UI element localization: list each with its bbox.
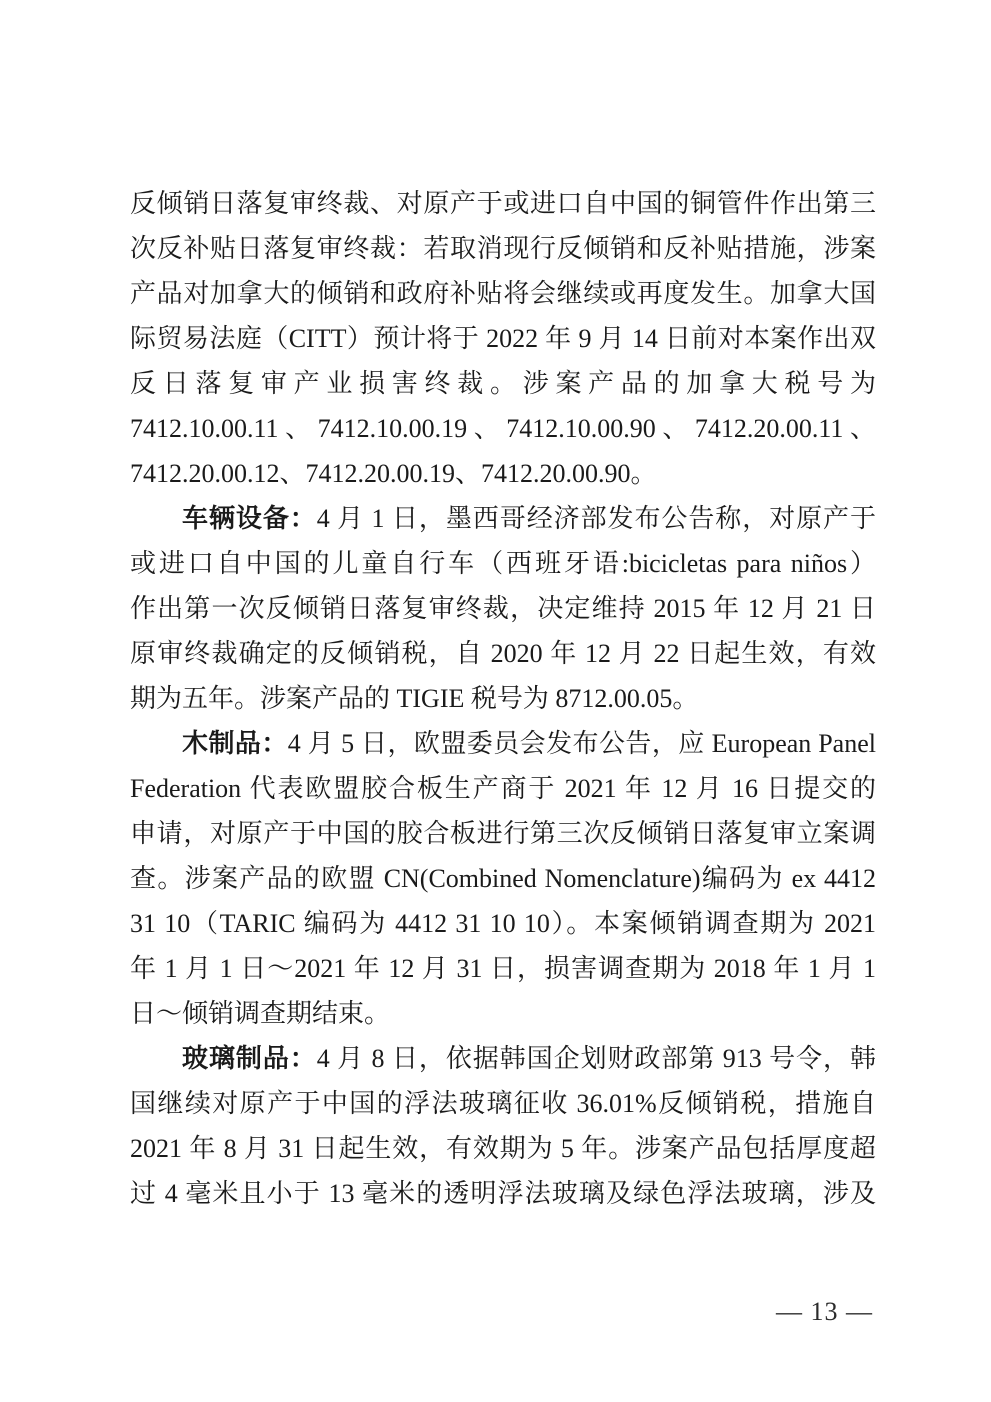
text-line: 际贸易法庭（CITT）预计将于 2022 年 9 月 14 日前对本案作出双	[130, 316, 876, 361]
text-block: 反倾销日落复审终裁、对原产于或进口自中国的铜管件作出第三次反补贴日落复审终裁：若…	[130, 181, 876, 1216]
text-run: 31 10（TARIC 编码为 4412 31 10 10）。本案倾销调查期为 …	[130, 909, 876, 938]
paragraph-label: 玻璃制品：	[182, 1043, 317, 1073]
text-line: 或进口自中国的儿童自行车（西班牙语:bicicletas para niños）	[130, 541, 876, 586]
paragraph-label: 木制品：	[182, 728, 288, 758]
text-run: 作出第一次反倾销日落复审终裁，决定维持 2015 年 12 月 21 日	[130, 594, 876, 623]
text-line: 车辆设备：4 月 1 日，墨西哥经济部发布公告称，对原产于	[130, 496, 876, 541]
text-run: 7412.20.00.12、7412.20.00.19、7412.20.00.9…	[130, 459, 657, 488]
text-run: 产品对加拿大的倾销和政府补贴将会继续或再度发生。加拿大国	[130, 279, 876, 308]
text-run: 4 月 8 日，依据韩国企划财政部第 913 号令，韩	[317, 1044, 876, 1073]
text-run: 7412.10.00.11、7412.10.00.19、7412.10.00.9…	[130, 414, 876, 443]
text-line: 日～倾销调查期结束。	[130, 991, 876, 1036]
text-line: 原审终裁确定的反倾销税，自 2020 年 12 月 22 日起生效，有效	[130, 631, 876, 676]
text-run: 期为五年。涉案产品的 TIGIE 税号为 8712.00.05。	[130, 684, 698, 713]
text-run: 查。涉案产品的欧盟 CN(Combined Nomenclature)编码为 e…	[130, 864, 876, 893]
text-line: 7412.10.00.11、7412.10.00.19、7412.10.00.9…	[130, 406, 876, 451]
text-run: 申请，对原产于中国的胶合板进行第三次反倾销日落复审立案调	[130, 819, 876, 848]
text-line: 作出第一次反倾销日落复审终裁，决定维持 2015 年 12 月 21 日	[130, 586, 876, 631]
text-line: 木制品：4 月 5 日，欧盟委员会发布公告，应 European Panel	[130, 721, 876, 766]
text-line: Federation 代表欧盟胶合板生产商于 2021 年 12 月 16 日提…	[130, 766, 876, 811]
document-page: 反倾销日落复审终裁、对原产于或进口自中国的铜管件作出第三次反补贴日落复审终裁：若…	[0, 0, 991, 1402]
text-line: 次反补贴日落复审终裁：若取消现行反倾销和反补贴措施，涉案	[130, 226, 876, 271]
text-line: 反日落复审产业损害终裁。涉案产品的加拿大税号为	[130, 361, 876, 406]
text-line: 申请，对原产于中国的胶合板进行第三次反倾销日落复审立案调	[130, 811, 876, 856]
text-run: 日～倾销调查期结束。	[130, 999, 390, 1028]
text-line: 查。涉案产品的欧盟 CN(Combined Nomenclature)编码为 e…	[130, 856, 876, 901]
text-run: 国继续对原产于中国的浮法玻璃征收 36.01%反倾销税，措施自	[130, 1089, 876, 1118]
text-run: 反日落复审产业损害终裁。涉案产品的加拿大税号为	[130, 369, 876, 398]
page-number: — 13 —	[776, 1294, 873, 1330]
text-run: 次反补贴日落复审终裁：若取消现行反倾销和反补贴措施，涉案	[130, 234, 876, 263]
text-run: 反倾销日落复审终裁、对原产于或进口自中国的铜管件作出第三	[130, 189, 876, 218]
paragraph-label: 车辆设备：	[182, 503, 317, 533]
text-run: 4 月 5 日，欧盟委员会发布公告，应 European Panel	[288, 729, 876, 758]
text-run: 过 4 毫米且小于 13 毫米的透明浮法玻璃及绿色浮法玻璃，涉及	[130, 1179, 876, 1208]
text-run: 或进口自中国的儿童自行车（西班牙语:bicicletas para niños）	[130, 549, 876, 578]
text-line: 年 1 月 1 日～2021 年 12 月 31 日，损害调查期为 2018 年…	[130, 946, 876, 991]
text-run: Federation 代表欧盟胶合板生产商于 2021 年 12 月 16 日提…	[130, 774, 876, 803]
text-line: 产品对加拿大的倾销和政府补贴将会继续或再度发生。加拿大国	[130, 271, 876, 316]
text-line: 31 10（TARIC 编码为 4412 31 10 10）。本案倾销调查期为 …	[130, 901, 876, 946]
text-run: 原审终裁确定的反倾销税，自 2020 年 12 月 22 日起生效，有效	[130, 639, 876, 668]
text-line: 国继续对原产于中国的浮法玻璃征收 36.01%反倾销税，措施自	[130, 1081, 876, 1126]
text-run: 2021 年 8 月 31 日起生效，有效期为 5 年。涉案产品包括厚度超	[130, 1134, 876, 1163]
text-line: 2021 年 8 月 31 日起生效，有效期为 5 年。涉案产品包括厚度超	[130, 1126, 876, 1171]
text-run: 年 1 月 1 日～2021 年 12 月 31 日，损害调查期为 2018 年…	[130, 954, 876, 983]
text-run: 际贸易法庭（CITT）预计将于 2022 年 9 月 14 日前对本案作出双	[130, 324, 876, 353]
text-line: 7412.20.00.12、7412.20.00.19、7412.20.00.9…	[130, 451, 876, 496]
text-line: 玻璃制品：4 月 8 日，依据韩国企划财政部第 913 号令，韩	[130, 1036, 876, 1081]
text-line: 反倾销日落复审终裁、对原产于或进口自中国的铜管件作出第三	[130, 181, 876, 226]
text-line: 过 4 毫米且小于 13 毫米的透明浮法玻璃及绿色浮法玻璃，涉及	[130, 1171, 876, 1216]
text-run: 4 月 1 日，墨西哥经济部发布公告称，对原产于	[317, 504, 876, 533]
text-line: 期为五年。涉案产品的 TIGIE 税号为 8712.00.05。	[130, 676, 876, 721]
